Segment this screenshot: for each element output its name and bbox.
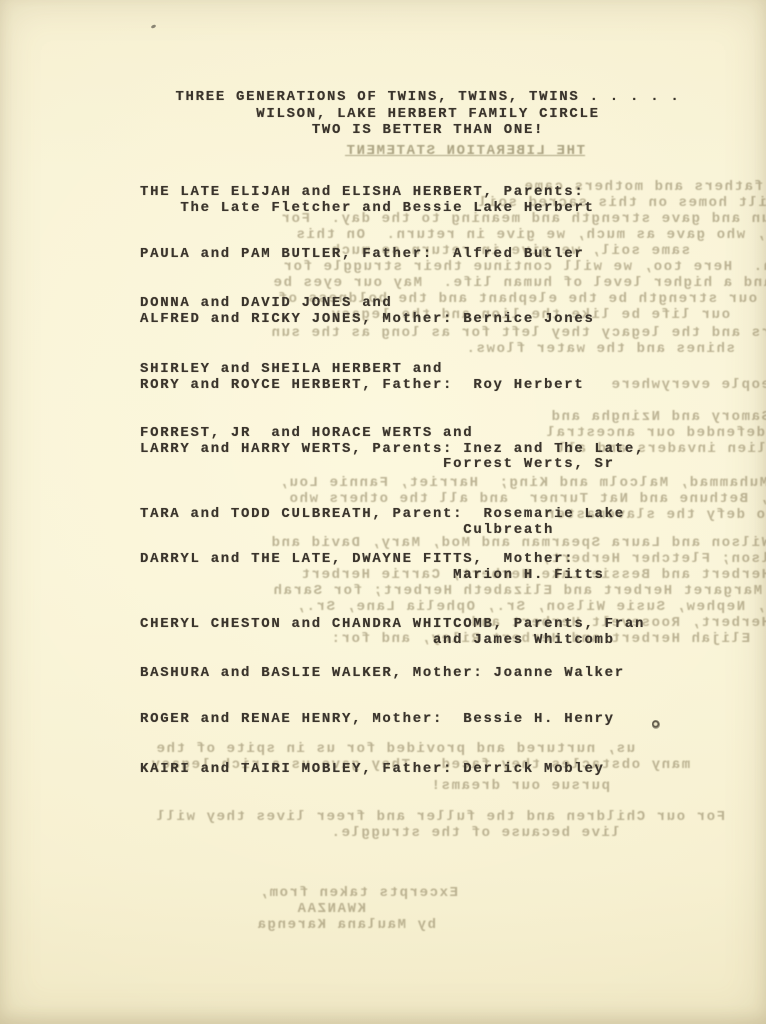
entry-henry: ROGER and RENAE HENRY, Mother: Bessie H.… (140, 712, 615, 728)
entry-walker: BASHURA and BASLIE WALKER, Mother: Joann… (140, 666, 625, 682)
entry-mobley: KAIRI and TAIRI MOBLEY, Father: Derrick … (140, 762, 605, 778)
bleed-line: live because of the struggle. (330, 826, 620, 842)
scanned-page: THE LIBERATION STATEMENTOur fathers and … (0, 0, 766, 1024)
entry-herbert-elijah-elisha: THE LATE ELIJAH and ELISHA HERBERT, Pare… (140, 185, 595, 216)
bleed-line: Jefferson. Margaret Herbert and Elizabet… (272, 584, 766, 600)
bleed-line: For Shaka, Samory and Nzingha and (550, 410, 766, 426)
bleed-line: us, nurtured and provided for us in spit… (155, 742, 635, 758)
page-title: THREE GENERATIONS OF TWINS, TWINS, TWINS… (153, 89, 703, 139)
entry-culbreath: TARA and TODD CULBREATH, Parent: Rosemar… (140, 507, 625, 538)
entry-butler: PAULA and PAM BUTLER, Father: Alfred But… (140, 247, 584, 263)
bleed-line: shines and the water flows. (465, 342, 735, 358)
entry-werts: FORREST, JR and HORACE WERTS and LARRY a… (140, 426, 645, 473)
entry-jones: DONNA and DAVID JONES and ALFRED and RIC… (140, 296, 595, 327)
bleed-line: For our Children and the fuller and free… (155, 810, 725, 826)
entry-herbert-roy: SHIRLEY and SHEILA HERBERT and RORY and … (140, 362, 584, 393)
bleed-line: liberation and a higher level of human l… (272, 276, 766, 292)
bleed-line: Excerpts taken from, (258, 886, 458, 902)
bleed-line: For Garvey, Muhammad, Malcolm and King; … (278, 476, 766, 492)
bleed-line: THE LIBERATION STATEMENT (345, 144, 585, 160)
bleed-line: For George Wilson and Laura Spearman and… (270, 536, 766, 552)
entry-whitcomb: CHERYL CHESTON and CHANDRA WHITCOMB, Par… (140, 617, 645, 648)
bleed-line: conquerors and the legacy they left for … (270, 326, 766, 342)
entry-fitts: DARRYL and THE LATE, DWAYNE FITTS, Mothe… (140, 552, 605, 583)
ink-smudge (652, 720, 660, 729)
bleed-line: by Maulana Karenga (256, 918, 436, 934)
bleed-line: KWANZAA (296, 902, 366, 918)
bleed-line: Wilson, Nephew, Susie Wilson, Sr., Ophel… (295, 600, 766, 616)
bleed-line: pursue our dreams! (430, 779, 610, 795)
bleed-line: them, who gave as much, we give in retur… (295, 228, 766, 244)
paper-speck (151, 24, 157, 29)
bleed-line: For our people everywhere (610, 378, 766, 394)
